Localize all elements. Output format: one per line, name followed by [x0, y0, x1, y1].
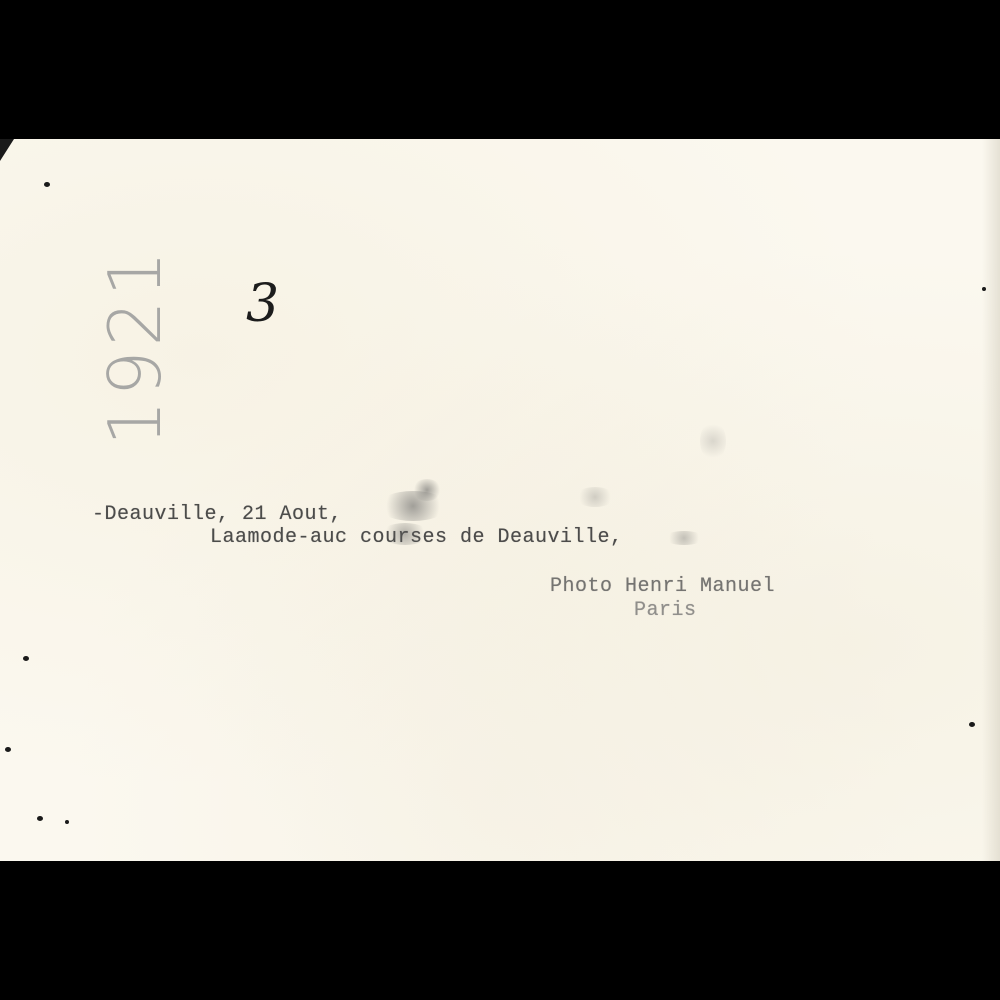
- photo-back-paper: 1921 3 -Deauville, 21 Aout, Laamode-auc …: [0, 139, 1000, 861]
- pencil-year-annotation: 1921: [93, 296, 177, 446]
- pin-hole: [5, 747, 11, 752]
- ink-smudge: [575, 487, 615, 507]
- pin-hole: [65, 820, 69, 824]
- caption-location-date: -Deauville, 21 Aout,: [92, 503, 342, 526]
- photo-credit: Photo Henri Manuel: [550, 575, 775, 598]
- pin-hole: [982, 287, 986, 291]
- ink-number-annotation: 3: [246, 274, 279, 334]
- pin-hole: [23, 656, 29, 661]
- ink-smudge: [380, 523, 430, 545]
- photo-credit-city: Paris: [634, 599, 697, 622]
- torn-corner: [0, 139, 14, 161]
- ink-smudge: [664, 531, 704, 545]
- pin-hole: [969, 722, 975, 727]
- pin-hole: [37, 816, 43, 821]
- paper-edge-shadow: [982, 139, 1000, 861]
- ink-smudge: [700, 421, 726, 461]
- pin-hole: [44, 182, 50, 187]
- ink-smudge: [412, 479, 442, 501]
